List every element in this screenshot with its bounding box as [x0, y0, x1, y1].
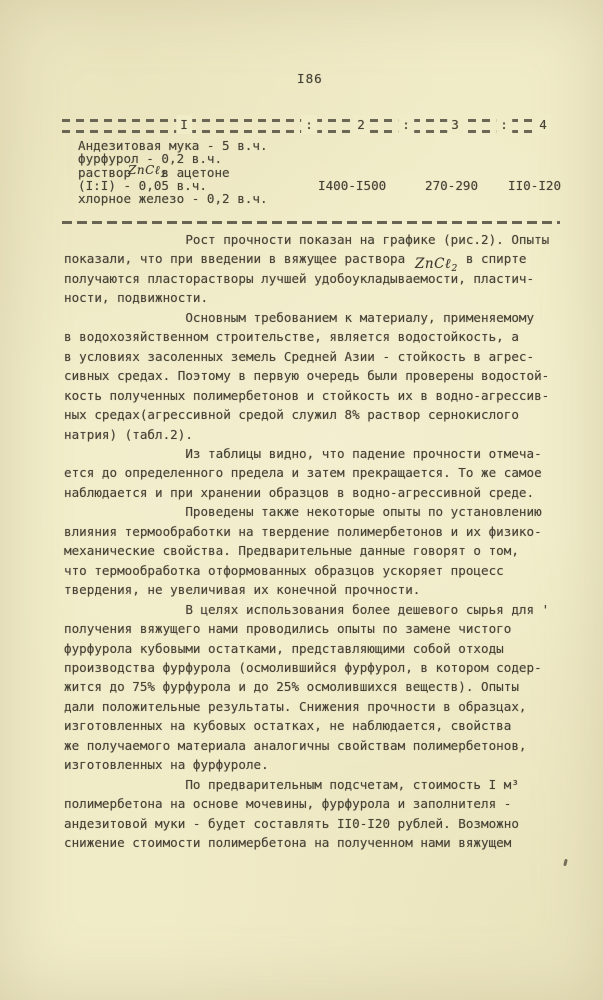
body-line: получаются пласторастворы лучшей удобоук… — [64, 269, 549, 288]
body-line: По предварительным подсчетам, стоимость … — [64, 775, 549, 794]
chemical-formula-zncl2-alcohol: ZnCℓ2 — [415, 256, 457, 272]
body-line: получения вяжущего нами проводились опыт… — [64, 619, 549, 638]
recipe-line: фурфурол - 0,2 в.ч. — [78, 152, 268, 165]
table-value: II0-I20 — [508, 178, 561, 193]
column-label: : — [301, 115, 317, 134]
body-line: твердения, не увеличивая их конечной про… — [64, 580, 549, 599]
body-line: механические свойства. Предварительные д… — [64, 541, 549, 560]
body-line: наблюдается и при хранении образцов в во… — [64, 483, 549, 502]
column-label: : — [496, 115, 512, 134]
chemical-formula-zncl2-acetone: ZnCℓ2 — [128, 163, 166, 178]
recipe-block: Андезитовая мука - 5 в.ч.фурфурол - 0,2 … — [78, 139, 268, 205]
body-line: Из таблицы видно, что падение прочности … — [64, 444, 549, 463]
body-line: дали положительные результаты. Снижения … — [64, 697, 549, 716]
table-values-row: I400-I500270-290II0-I20 — [0, 178, 603, 194]
body-line: ности, подвижности. — [64, 288, 549, 307]
recipe-line: Андезитовая мука - 5 в.ч. — [78, 139, 268, 152]
body-line: натрия) (табл.2). — [64, 425, 549, 444]
body-line: ется до определенного предела и затем пр… — [64, 463, 549, 482]
column-label: : — [398, 115, 414, 134]
column-label: 2 — [353, 115, 369, 134]
body-line: андезитовой муки - будет составлять II0-… — [64, 814, 549, 833]
body-line: сивных средах. Поэтому в первую очередь … — [64, 366, 549, 385]
ink-speck — [563, 859, 568, 867]
body-line: ных средах(агрессивной средой служил 8% … — [64, 405, 549, 424]
document-page: I86 I:2:3:4 Андезитовая мука - 5 в.ч.фур… — [0, 0, 603, 1000]
body-line: изготовленных на фурфуроле. — [64, 755, 549, 774]
body-line: В целях использования более дешевого сыр… — [64, 600, 549, 619]
body-line: жится до 75% фурфурола и до 25% осмоливш… — [64, 677, 549, 696]
column-label: 4 — [535, 115, 551, 134]
body-line: кость полученных полимербетонов и стойко… — [64, 386, 549, 405]
body-line: фурфурола кубовыми остатками, представля… — [64, 639, 549, 658]
body-line: снижение стоимости полимербетона на полу… — [64, 833, 549, 852]
body-line: что термообработка отформованных образцо… — [64, 561, 549, 580]
body-line: Проведены также некоторые опыты по устан… — [64, 502, 549, 521]
body-line: изготовленных на кубовых остатках, не на… — [64, 716, 549, 735]
section-separator-dashed-line — [62, 221, 560, 224]
column-label: 3 — [447, 115, 463, 134]
body-line: в условиях засоленных земель Средней Ази… — [64, 347, 549, 366]
body-line: производства фурфурола (осмолившийся фур… — [64, 658, 549, 677]
table-value: 270-290 — [425, 178, 478, 193]
table-value: I400-I500 — [318, 178, 386, 193]
body-line: влияния термообработки на твердение поли… — [64, 522, 549, 541]
page-number: I86 — [297, 71, 323, 86]
body-line: же получаемого материала аналогичны свой… — [64, 736, 549, 755]
body-line: полимербетона на основе мочевины, фурфур… — [64, 794, 549, 813]
recipe-line: раствор в ацетоне — [78, 166, 268, 179]
body-line: показали, что при введении в вяжущее рас… — [64, 249, 549, 268]
body-line: Рост прочности показан на графике (рис.2… — [64, 230, 549, 249]
body-line: Основным требованием к материалу, примен… — [64, 308, 549, 327]
column-label: I — [176, 115, 192, 134]
body-line: в водохозяйственном строительстве, являе… — [64, 327, 549, 346]
body-text: Рост прочности показан на графике (рис.2… — [64, 230, 549, 853]
recipe-line: хлорное железо - 0,2 в.ч. — [78, 192, 268, 205]
